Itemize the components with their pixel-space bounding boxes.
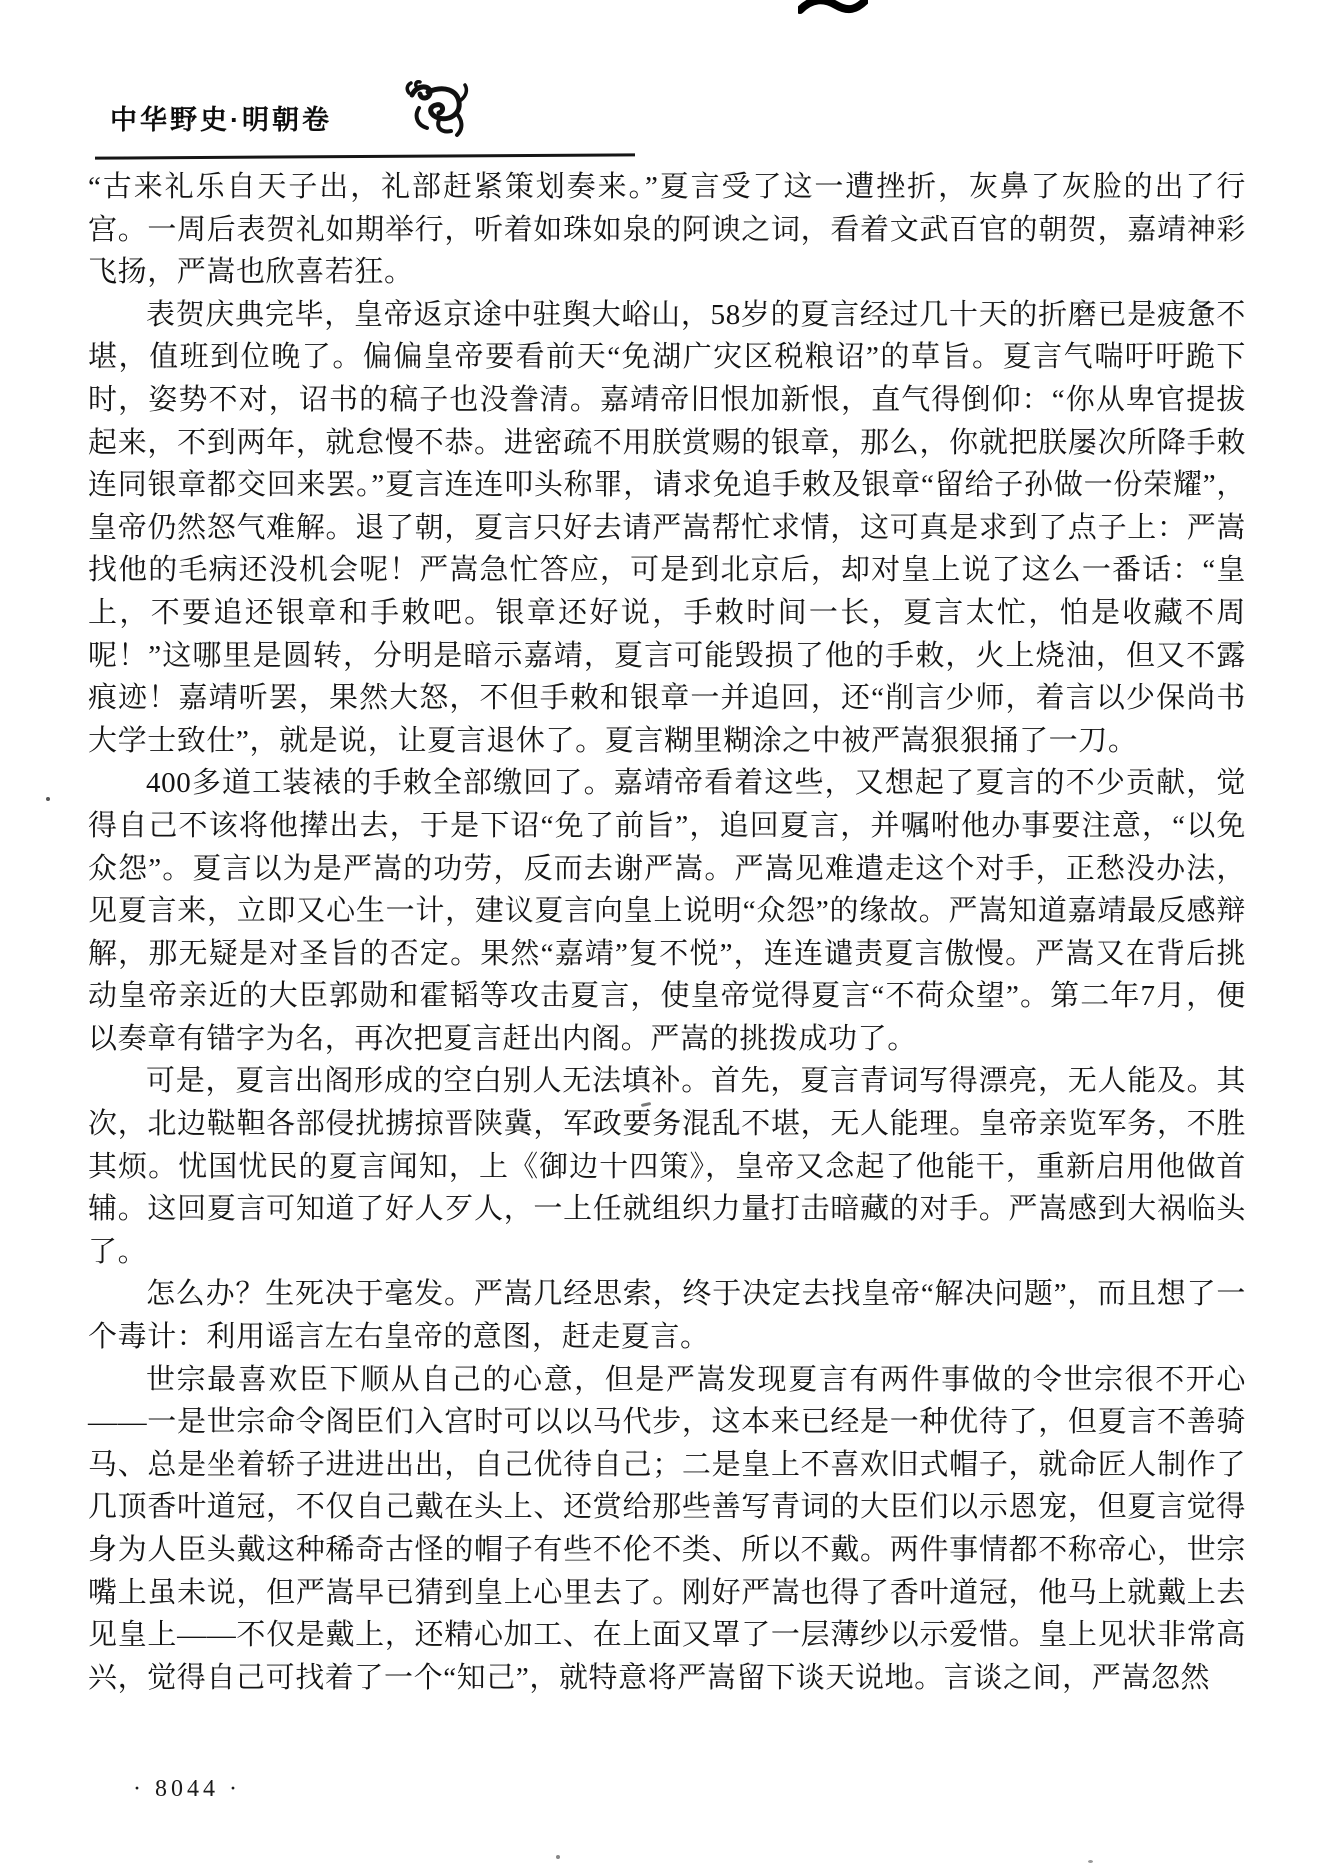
dragon-ornament-icon: [398, 80, 470, 140]
body-paragraph: 可是，夏言出阁形成的空白别人无法填补。首先，夏言青词写得漂亮，无人能及。其次，北…: [88, 1060, 1246, 1273]
body-paragraph: 400多道工装裱的手敕全部缴回了。嘉靖帝看着这些，又想起了夏言的不少贡献，觉得自…: [88, 762, 1246, 1060]
page-body: “古来礼乐自天子出，礼部赶紧策划奏来。”夏言受了这一遭挫折，灰鼻了灰脸的出了行宫…: [88, 166, 1246, 1699]
body-paragraph: 表贺庆典完毕，皇帝返京途中驻舆大峪山，58岁的夏言经过几十天的折磨已是疲惫不堪，…: [88, 294, 1246, 763]
body-paragraph: 怎么办？生死决于毫发。严嵩几经思索，终于决定去找皇帝“解决问题”，而且想了一个毒…: [88, 1273, 1246, 1358]
header-divider: [95, 153, 635, 159]
scan-artifact-speck: [556, 1855, 560, 1859]
scan-artifact-speck: [46, 797, 50, 801]
scan-artifact-ink-mark: [798, 0, 868, 23]
body-paragraph: “古来礼乐自天子出，礼部赶紧策划奏来。”夏言受了这一遭挫折，灰鼻了灰脸的出了行宫…: [88, 166, 1246, 294]
book-page: 中华野史·明朝卷 “古来礼乐自天子出，礼部赶紧策划奏来。”夏言受了这一遭挫折，灰…: [0, 0, 1322, 1870]
body-paragraph: 世宗最喜欢臣下顺从自己的心意，但是严嵩发现夏言有两件事做的令世宗很不开心——一是…: [88, 1359, 1246, 1700]
running-header-title: 中华野史·明朝卷: [110, 98, 332, 137]
scan-artifact-speck: [1088, 1860, 1093, 1863]
page-number: · 8044 ·: [133, 1776, 241, 1803]
